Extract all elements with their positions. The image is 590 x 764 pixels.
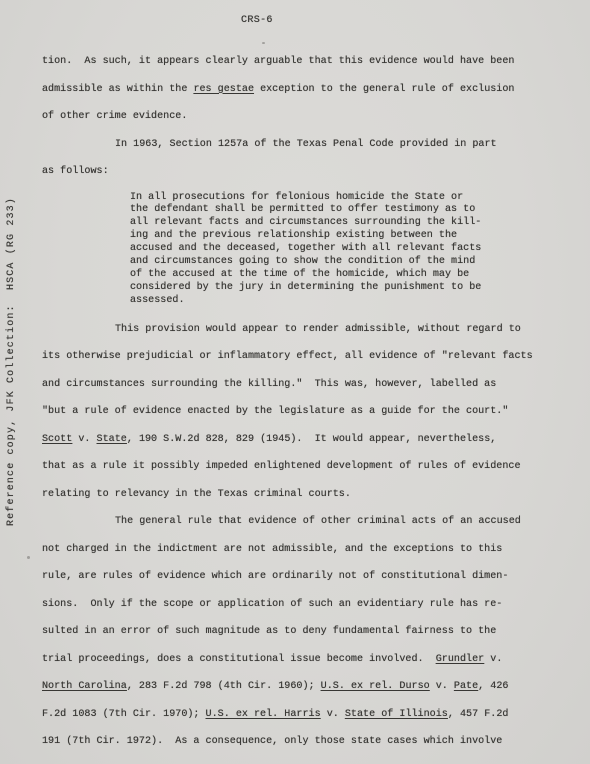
text-segment: v. (321, 709, 345, 720)
text-segment: that as a rule it possibly impeded enlig… (42, 461, 521, 472)
underlined-citation: U.S. ex rel. Harris (206, 709, 321, 720)
text-segment: considered by the jury in determining th… (130, 282, 481, 293)
text-line: accused and the deceased, together with … (130, 243, 502, 256)
text-segment: In all prosecutions for felonious homici… (130, 192, 463, 203)
text-line: not charged in the indictment are not ad… (42, 536, 534, 564)
text-segment: of other crime evidence. (42, 111, 187, 122)
text-column: tion. As such, it appears clearly arguab… (42, 48, 534, 756)
text-segment: This provision would appear to render ad… (115, 324, 521, 335)
text-segment: rule, are rules of evidence which are or… (42, 571, 508, 582)
text-line: 191 (7th Cir. 1972). As a consequence, o… (42, 728, 534, 756)
blockquote-statute-text: In all prosecutions for felonious homici… (130, 192, 502, 308)
text-line: ing and the previous relationship existi… (130, 230, 502, 243)
text-segment: accused and the deceased, together with … (130, 243, 481, 254)
text-segment: relating to relevancy in the Texas crimi… (42, 489, 351, 500)
text-segment: admissible as within the (42, 84, 193, 95)
text-line: the defendant shall be permitted to offe… (130, 204, 502, 217)
text-segment: , 457 F.2d (448, 709, 509, 720)
text-line: of other crime evidence. (42, 103, 534, 131)
text-line: as follows: (42, 158, 534, 186)
text-segment: F.2d 1083 (7th Cir. 1970); (42, 709, 206, 720)
text-segment: of the accused at the time of the homici… (130, 269, 469, 280)
text-segment: v. (430, 681, 454, 692)
text-line: sulted in an error of such magnitude as … (42, 618, 534, 646)
text-segment: ing and the previous relationship existi… (130, 230, 457, 241)
text-line: its otherwise prejudicial or inflammator… (42, 343, 534, 371)
paragraph-block: This provision would appear to render ad… (42, 316, 534, 756)
text-line: sions. Only if the scope or application … (42, 591, 534, 619)
text-segment: assessed. (130, 295, 185, 306)
paper-speck (27, 556, 30, 559)
text-segment: , 426 (478, 681, 508, 692)
text-segment: exception to the general rule of exclusi… (254, 84, 514, 95)
text-line: Scott v. State, 190 S.W.2d 828, 829 (194… (42, 426, 534, 454)
text-line: that as a rule it possibly impeded enlig… (42, 453, 534, 481)
text-segment: all relevant facts and circumstances sur… (130, 217, 481, 228)
text-segment: 191 (7th Cir. 1972). As a consequence, o… (42, 736, 502, 747)
text-line: of the accused at the time of the homici… (130, 269, 502, 282)
text-line: relating to relevancy in the Texas crimi… (42, 481, 534, 509)
paper-speck (262, 42, 265, 44)
text-line: This provision would appear to render ad… (42, 316, 534, 344)
text-segment: In 1963, Section 1257a of the Texas Pena… (115, 139, 497, 150)
text-line: and circumstances going to show the cond… (130, 256, 502, 269)
underlined-citation: North Carolina (42, 681, 127, 692)
text-segment: v. (484, 654, 502, 665)
text-line: "but a rule of evidence enacted by the l… (42, 398, 534, 426)
underlined-citation: Pate (454, 681, 478, 692)
text-segment: and circumstances going to show the cond… (130, 256, 475, 267)
text-line: F.2d 1083 (7th Cir. 1970); U.S. ex rel. … (42, 701, 534, 729)
text-segment: , 190 S.W.2d 828, 829 (1945). It would a… (127, 434, 497, 445)
text-line: North Carolina, 283 F.2d 798 (4th Cir. 1… (42, 673, 534, 701)
text-line: In 1963, Section 1257a of the Texas Pena… (42, 131, 534, 159)
text-segment: tion. As such, it appears clearly arguab… (42, 56, 514, 67)
text-line: assessed. (130, 295, 502, 308)
text-segment: v. (72, 434, 96, 445)
text-line: admissible as within the res gestae exce… (42, 76, 534, 104)
text-line: In all prosecutions for felonious homici… (130, 192, 502, 205)
underlined-citation: Grundler (436, 654, 484, 665)
page-number-header: CRS-6 (241, 15, 273, 26)
underlined-citation: State (97, 434, 127, 445)
text-segment: not charged in the indictment are not ad… (42, 544, 502, 555)
text-line: tion. As such, it appears clearly arguab… (42, 48, 534, 76)
underlined-citation: Scott (42, 434, 72, 445)
underlined-citation: State of Illinois (345, 709, 448, 720)
text-segment: , 283 F.2d 798 (4th Cir. 1960); (127, 681, 321, 692)
text-line: trial proceedings, does a constitutional… (42, 646, 534, 674)
text-line: all relevant facts and circumstances sur… (130, 217, 502, 230)
archive-reference-stamp: Reference copy, JFK Collection: HSCA (RG… (6, 186, 17, 526)
text-segment: as follows: (42, 166, 109, 177)
underlined-citation: res gestae (193, 84, 254, 95)
text-line: rule, are rules of evidence which are or… (42, 563, 534, 591)
text-segment: the defendant shall be permitted to offe… (130, 204, 475, 215)
underlined-citation: U.S. ex rel. Durso (321, 681, 430, 692)
paragraph-block: tion. As such, it appears clearly arguab… (42, 48, 534, 186)
text-segment: The general rule that evidence of other … (115, 516, 521, 527)
text-line: The general rule that evidence of other … (42, 508, 534, 536)
text-segment: sulted in an error of such magnitude as … (42, 626, 496, 637)
text-segment: and circumstances surrounding the killin… (42, 379, 496, 390)
text-segment: trial proceedings, does a constitutional… (42, 654, 436, 665)
scanned-document-page: CRS-6 Reference copy, JFK Collection: HS… (0, 0, 590, 764)
text-line: and circumstances surrounding the killin… (42, 371, 534, 399)
text-segment: sions. Only if the scope or application … (42, 599, 502, 610)
text-segment: its otherwise prejudicial or inflammator… (42, 351, 533, 362)
text-line: considered by the jury in determining th… (130, 282, 502, 295)
text-segment: "but a rule of evidence enacted by the l… (42, 406, 508, 417)
